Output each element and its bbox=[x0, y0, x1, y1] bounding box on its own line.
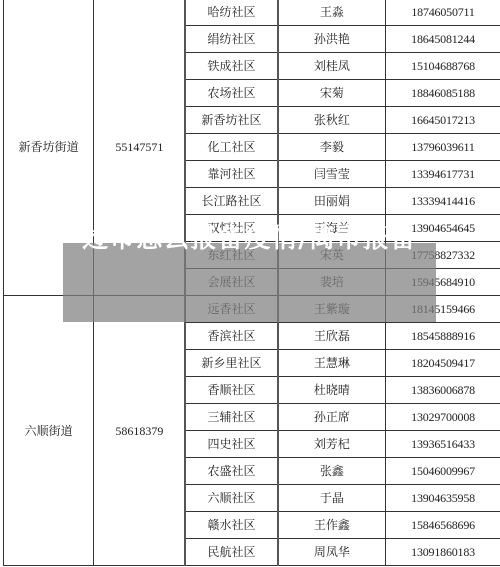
community-cell: 三辅社区 bbox=[185, 404, 277, 431]
contact-cell: 刘芳杞 bbox=[278, 431, 386, 458]
phone-cell: 13904635958 bbox=[386, 485, 500, 512]
phone-cell: 13836006878 bbox=[386, 377, 500, 404]
phone-cell: 18746050711 bbox=[386, 0, 500, 26]
phone-cell: 15046009967 bbox=[386, 458, 500, 485]
contact-cell: 宋菊 bbox=[278, 80, 386, 107]
phone-cell: 13394617731 bbox=[386, 161, 500, 188]
contact-cell: 张鑫 bbox=[278, 458, 386, 485]
community-cell: 长江路社区 bbox=[185, 188, 277, 215]
community-cell: 六顺社区 bbox=[185, 485, 277, 512]
contact-cell: 杜晓晴 bbox=[278, 377, 386, 404]
phone-cell: 13091860183 bbox=[386, 539, 500, 566]
phone-cell: 13339414416 bbox=[386, 188, 500, 215]
community-cell: 香滨社区 bbox=[185, 323, 277, 350]
community-cell: 农盛社区 bbox=[185, 458, 277, 485]
contact-cell: 王慧琳 bbox=[278, 350, 386, 377]
contact-cell: 田丽娟 bbox=[278, 188, 386, 215]
street-name-cell: 六顺街道 bbox=[4, 296, 94, 566]
contact-cell: 张秋红 bbox=[278, 107, 386, 134]
contact-cell: 王作鑫 bbox=[278, 512, 386, 539]
table-row: 新香坊街道55147571哈纺社区王淼18746050711 bbox=[4, 0, 500, 26]
phone-cell: 13796039611 bbox=[386, 134, 500, 161]
phone-cell: 16645017213 bbox=[386, 107, 500, 134]
contact-cell: 李毅 bbox=[278, 134, 386, 161]
overlay-title: 过市怎么报备疫情/离市报备 bbox=[63, 222, 436, 256]
contact-cell: 孙正席 bbox=[278, 404, 386, 431]
community-cell: 香顺社区 bbox=[185, 377, 277, 404]
phone-cell: 13029700008 bbox=[386, 404, 500, 431]
phone-cell: 18645081244 bbox=[386, 26, 500, 53]
phone-cell: 15104688768 bbox=[386, 53, 500, 80]
contact-cell: 王淼 bbox=[278, 0, 386, 26]
phone-cell: 13936516433 bbox=[386, 431, 500, 458]
contact-cell: 王欣磊 bbox=[278, 323, 386, 350]
contact-cell: 于晶 bbox=[278, 485, 386, 512]
contact-cell: 闫雪莹 bbox=[278, 161, 386, 188]
contact-cell: 周凤华 bbox=[278, 539, 386, 566]
street-phone-cell: 58618379 bbox=[94, 296, 186, 566]
community-cell: 赣水社区 bbox=[185, 512, 277, 539]
phone-cell: 18846085188 bbox=[386, 80, 500, 107]
community-cell: 新乡里社区 bbox=[185, 350, 277, 377]
phone-cell: 15846568696 bbox=[386, 512, 500, 539]
community-cell: 哈纺社区 bbox=[185, 0, 277, 26]
contact-cell: 孙洪艳 bbox=[278, 26, 386, 53]
contact-cell: 刘桂凤 bbox=[278, 53, 386, 80]
community-cell: 铁成社区 bbox=[185, 53, 277, 80]
community-cell: 农场社区 bbox=[185, 80, 277, 107]
community-cell: 绢纺社区 bbox=[185, 26, 277, 53]
phone-cell: 18204509417 bbox=[386, 350, 500, 377]
community-cell: 四史社区 bbox=[185, 431, 277, 458]
phone-cell: 18545888916 bbox=[386, 323, 500, 350]
community-cell: 靠河社区 bbox=[185, 161, 277, 188]
community-cell: 新香坊社区 bbox=[185, 107, 277, 134]
community-cell: 民航社区 bbox=[185, 539, 277, 566]
community-cell: 化工社区 bbox=[185, 134, 277, 161]
